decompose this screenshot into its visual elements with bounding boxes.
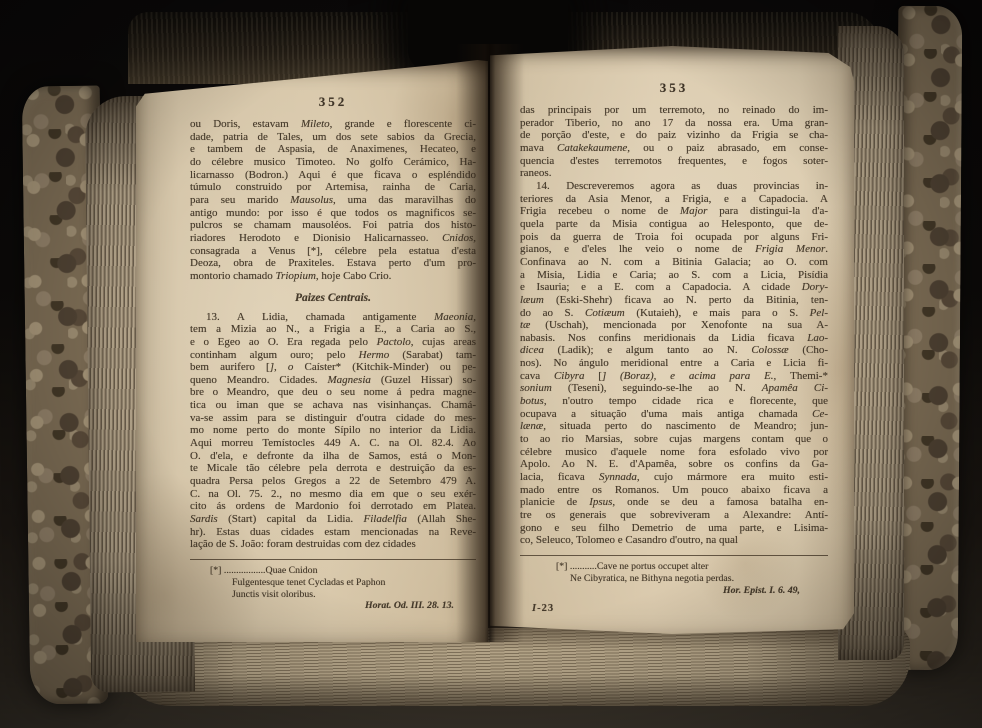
text-line: gianos, e d'eles lhe veio o nome de Frig…: [520, 243, 828, 256]
text-line: sonium (Teseni), seguindo-se-lhe ao N. A…: [520, 382, 828, 395]
signature-mark: I-23: [520, 603, 828, 615]
footnote-left-citation: Horat. Od. III. 28. 13.: [190, 600, 476, 612]
text-line: va-se assim para se distinguir d'outra c…: [190, 412, 476, 425]
text-line: licarnasso (Bodron.) Aqui é que ficava o…: [190, 169, 476, 182]
paragraph-doris-caria: ou Doris, estavam Mileto, grande e flore…: [190, 118, 476, 283]
text-line: tem a Mizia ao N., a Frigia a E., a Cari…: [190, 323, 476, 336]
text-line: tre os generais que sobreviveram a Alexa…: [520, 509, 828, 522]
text-line: 13. A Lidia, chamada antigamente Maeonia…: [190, 311, 476, 324]
footnote-left-line2: Fulgentesque tenet Cycladas et Paphon: [190, 577, 476, 589]
text-line: Sardis (Start) capital da Lidia. Filadel…: [190, 513, 476, 526]
text-line: te Micale tão célebre pela derrota e des…: [190, 462, 476, 475]
footnote-right-line1: [*] ...........Cave ne portus occupet al…: [520, 561, 828, 573]
text-line: montorio chamado Triopium, hoje Cabo Cri…: [190, 270, 476, 283]
text-line: cito ás ordens de Mardonio foi derrotado…: [190, 500, 476, 513]
text-line: læum (Eski-Shehr) ficava ao N. perto da …: [520, 294, 828, 307]
text-line: lænæ, situada perto do nascimento de Mea…: [520, 420, 828, 433]
page-left-text-column: 352 ou Doris, estavam Mileto, grande e f…: [190, 94, 476, 612]
text-line: pois da guerra de Troia foi ocupada por …: [520, 231, 828, 244]
text-line: Frigia recebeu o nome de Major para dist…: [520, 205, 828, 218]
paragraph-terremoto: das principais por um terremoto, no rein…: [520, 104, 828, 180]
text-line: quadra Persa pelos Gregos a 22 de Setemb…: [190, 475, 476, 488]
text-line: do ao S. Cotiæum (Kutaieh), e mais para …: [520, 307, 828, 320]
text-line: perador Tiberio, no ano 17 da nossa era.…: [520, 117, 828, 130]
text-line: botus, n'outro tempo cidade rica e flore…: [520, 395, 828, 408]
text-line: quela parte da Misia contigua ao Helespo…: [520, 218, 828, 231]
text-line: tica ou iman que se achava nas visinhanç…: [190, 399, 476, 412]
text-line: planicie de Ipsus, onde se deu a famosa …: [520, 496, 828, 509]
book-photo-scene: 352 ou Doris, estavam Mileto, grande e f…: [0, 0, 982, 728]
text-line: de porção d'este, e do paiz vizinho da F…: [520, 129, 828, 142]
text-line: bre o Meandro, que deu o seu nome á pedr…: [190, 386, 476, 399]
text-line: Confinava ao N. com a Bitinia Galacia; a…: [520, 256, 828, 269]
text-line: nos). No ángulo meridional entre a Caria…: [520, 357, 828, 370]
text-line: to ao rio Marsias, sobre cujas margens c…: [520, 433, 828, 446]
text-line: consagrada a Venus [*], célebre pela est…: [190, 245, 476, 258]
text-line: queno Meandro. Cidades. Magnesia (Guzel …: [190, 374, 476, 387]
text-line: mava Catakekaumene, ou o paiz abrasado, …: [520, 142, 828, 155]
text-line: e Isauria; e a E. com a Capadocia. A cid…: [520, 281, 828, 294]
text-line: a Misia, Lidia e Caria; ao S. com a Lici…: [520, 269, 828, 282]
text-line: túmulo construido por Artemisa, rainha d…: [190, 181, 476, 194]
text-line: célebre musico d'aquele nome fora esfola…: [520, 446, 828, 459]
page-number-left: 352: [190, 94, 476, 110]
page-right: 353 das principais por um terremoto, no …: [490, 46, 854, 634]
text-line: teriores da Asia Menor, a Frigia, e a Ca…: [520, 193, 828, 206]
text-line: co, Seleuco, Tolomeo e Casandro d'outro,…: [520, 534, 828, 547]
text-line: pulcros se chamam mausoléos. Foi patria …: [190, 219, 476, 232]
text-line: antigo mundo: por isso é que todos os ma…: [190, 207, 476, 220]
text-line: dade, patria de Tales, um dos sete sabio…: [190, 131, 476, 144]
page-left: 352 ou Doris, estavam Mileto, grande e f…: [136, 60, 488, 642]
footnote-rule-left: [190, 559, 476, 560]
text-line: C. na Ol. 75. 2., no mesmo dia em que o …: [190, 488, 476, 501]
text-line: lacia, ficava Synnada, cujo mármore era …: [520, 471, 828, 484]
footnote-left-line3: Junctis visit oloribus.: [190, 589, 476, 601]
text-line: Aqui morreu Temístocles 449 A. C. na Ol.…: [190, 437, 476, 450]
text-line: para seu marido Mausolus, uma das maravi…: [190, 194, 476, 207]
text-line: cava Cibyra [] (Boraz), e acima para E.,…: [520, 370, 828, 383]
paragraph-14-frigia-capadocia: 14. Descreveremos agora as duas provinci…: [520, 180, 828, 547]
text-line: quencia d'estes terremotos frequentes, e…: [520, 155, 828, 168]
text-line: do célebre musico Timoteo. No golfo Cerá…: [190, 156, 476, 169]
text-line: tæ (Uschah), mencionada por Xenofonte na…: [520, 319, 828, 332]
text-line: 14. Descreveremos agora as duas provinci…: [520, 180, 828, 193]
text-line: e o Egeo ao O. Era regada pelo Pactolo, …: [190, 336, 476, 349]
page-right-text-column: 353 das principais por um terremoto, no …: [520, 80, 828, 615]
page-number-right: 353: [520, 80, 828, 96]
text-line: e tambem de Aspasia, de Anaximenes, Heca…: [190, 143, 476, 156]
footnote-left: [*] .................Quae Cnidon Fulgent…: [190, 565, 476, 612]
footnote-right-citation: Hor. Epist. I. 6. 49,: [520, 585, 828, 597]
text-line: gono e seu filho Demetrio de uma parte, …: [520, 522, 828, 535]
text-line: lação de S. João: foram destruidas com d…: [190, 538, 476, 551]
text-line: riadores Herodoto e Dionisio Halicarnass…: [190, 232, 476, 245]
text-line: bem aurifero [], o Caíster* (Kitchik-Min…: [190, 361, 476, 374]
footnote-left-line1: [*] .................Quae Cnidon: [190, 565, 476, 577]
text-line: O. d'ela, e defronte da ilha de Samos, e…: [190, 450, 476, 463]
paragraph-13-lidia: 13. A Lidia, chamada antigamente Maeonia…: [190, 311, 476, 551]
text-line: ocupava a situação d'uma mais antiga cha…: [520, 408, 828, 421]
text-line: das principais por um terremoto, no rein…: [520, 104, 828, 117]
footnote-right: [*] ...........Cave ne portus occupet al…: [520, 561, 828, 615]
footnote-right-line2: Ne Cibyratica, ne Bithyna negotia perdas…: [520, 573, 828, 585]
text-line: nabasis. Nos confins meridionais da Lidi…: [520, 332, 828, 345]
text-line: Apolo. Ao N. E. d'Apamêa, sobre os confi…: [520, 458, 828, 471]
text-line: continham algum ouro; pelo Hermo (Saraba…: [190, 349, 476, 362]
section-heading-paizes-centrais: Paizes Centrais.: [190, 292, 476, 304]
text-line: raneos.: [520, 167, 828, 180]
text-line: hr). Estas duas cidades estam mencionada…: [190, 526, 476, 539]
footnote-rule-right: [520, 555, 828, 556]
text-line: mado entre os Romanos. Um pouco abaixo f…: [520, 484, 828, 497]
text-line: mo nome perto do monte Sípilo no interio…: [190, 424, 476, 437]
text-line: ou Doris, estavam Mileto, grande e flore…: [190, 118, 476, 131]
text-line: Deoza, obra de Praxiteles. Estava perto …: [190, 257, 476, 270]
text-line: dicea (Ladik); e algum tanto ao N. Colos…: [520, 344, 828, 357]
